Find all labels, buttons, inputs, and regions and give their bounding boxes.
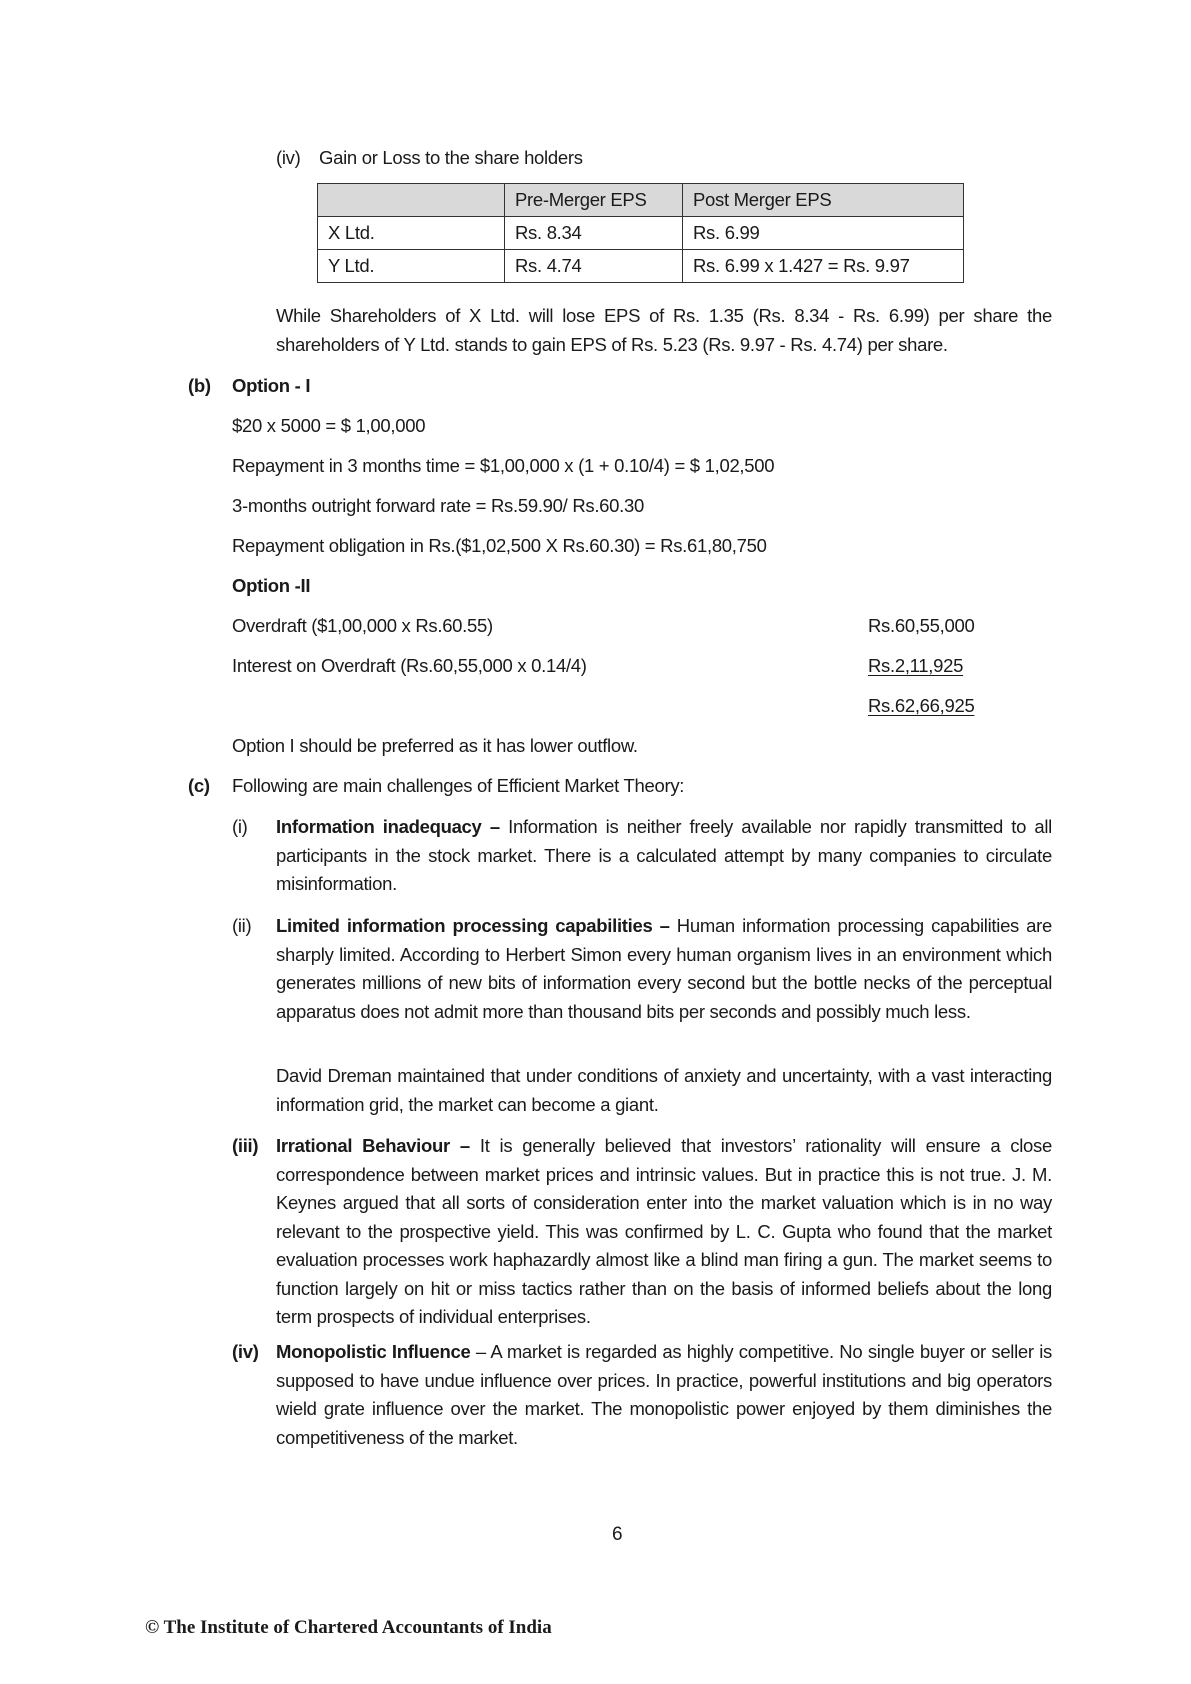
option1-line: 3-months outright forward rate = Rs.59.9… bbox=[232, 494, 644, 518]
option1-heading: Option - I bbox=[232, 374, 310, 398]
challenge-term: Monopolistic Influence bbox=[276, 1341, 470, 1362]
table-cell: Rs. 8.34 bbox=[505, 217, 683, 250]
challenge-item: Monopolistic Influence – A market is reg… bbox=[276, 1338, 1052, 1452]
option2-row-label: Interest on Overdraft (Rs.60,55,000 x 0.… bbox=[232, 654, 587, 678]
option2-heading: Option -II bbox=[232, 574, 310, 598]
challenge-item: Irrational Behaviour – It is generally b… bbox=[276, 1132, 1052, 1332]
option2-total: Rs.62,66,925 bbox=[868, 694, 974, 718]
copyright-footer: © The Institute of Chartered Accountants… bbox=[145, 1617, 552, 1639]
option2-row-amount: Rs.2,11,925 bbox=[868, 654, 963, 678]
table-header-cell bbox=[318, 184, 505, 217]
item-label: (iv) bbox=[276, 146, 300, 170]
page-number: 6 bbox=[612, 1524, 622, 1546]
challenge-text: It is generally believed that investors’… bbox=[276, 1135, 1052, 1327]
item-label: (iii) bbox=[232, 1134, 258, 1158]
part-c-label: (c) bbox=[188, 774, 210, 798]
table-row: Y Ltd. Rs. 4.74 Rs. 6.99 x 1.427 = Rs. 9… bbox=[318, 250, 964, 283]
item-label: (i) bbox=[232, 815, 248, 839]
option1-line: Repayment obligation in Rs.($1,02,500 X … bbox=[232, 534, 767, 558]
challenge-term: Irrational Behaviour – bbox=[276, 1135, 470, 1156]
section-title: Gain or Loss to the share holders bbox=[319, 146, 583, 170]
challenge-extra: David Dreman maintained that under condi… bbox=[276, 1062, 1052, 1119]
option1-line: $20 x 5000 = $ 1,00,000 bbox=[232, 414, 425, 438]
challenge-term: Information inadequacy – bbox=[276, 816, 500, 837]
table-header-cell: Post Merger EPS bbox=[683, 184, 964, 217]
table-row: X Ltd. Rs. 8.34 Rs. 6.99 bbox=[318, 217, 964, 250]
table-cell: Y Ltd. bbox=[318, 250, 505, 283]
option2-row-amount: Rs.60,55,000 bbox=[868, 614, 974, 638]
table-cell: X Ltd. bbox=[318, 217, 505, 250]
option1-line: Repayment in 3 months time = $1,00,000 x… bbox=[232, 454, 774, 478]
item-label: (ii) bbox=[232, 914, 251, 938]
eps-conclusion: While Shareholders of X Ltd. will lose E… bbox=[276, 302, 1052, 359]
table-cell: Rs. 4.74 bbox=[505, 250, 683, 283]
table-cell: Rs. 6.99 bbox=[683, 217, 964, 250]
table-cell: Rs. 6.99 x 1.427 = Rs. 9.97 bbox=[683, 250, 964, 283]
part-b-conclusion: Option I should be preferred as it has l… bbox=[232, 734, 638, 758]
challenge-item: Information inadequacy – Information is … bbox=[276, 813, 1052, 899]
challenge-term: Limited information processing capabilit… bbox=[276, 915, 670, 936]
challenge-item: Limited information processing capabilit… bbox=[276, 912, 1052, 1026]
part-c-intro: Following are main challenges of Efficie… bbox=[232, 774, 684, 798]
item-label: (iv) bbox=[232, 1340, 259, 1364]
table-header-row: Pre-Merger EPS Post Merger EPS bbox=[318, 184, 964, 217]
part-b-label: (b) bbox=[188, 374, 211, 398]
table-header-cell: Pre-Merger EPS bbox=[505, 184, 683, 217]
option2-row-label: Overdraft ($1,00,000 x Rs.60.55) bbox=[232, 614, 493, 638]
eps-table: Pre-Merger EPS Post Merger EPS X Ltd. Rs… bbox=[317, 183, 964, 283]
